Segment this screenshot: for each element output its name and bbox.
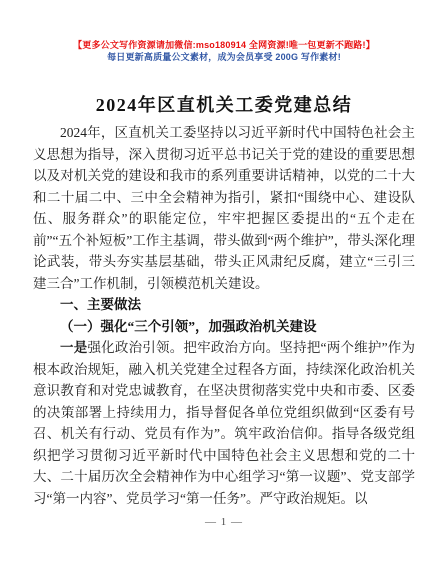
paragraph-text: 强化政治引领。把牢政治方向。坚持把“两个维护”作为根本政治规矩，融入机关党建全过… (33, 340, 415, 506)
paragraph-measure-one: 一是强化政治引领。把牢政治方向。坚持把“两个维护”作为根本政治规矩，融入机关党建… (33, 337, 415, 509)
page-number: — 1 — (0, 516, 448, 528)
document-title: 2024年区直机关工委党建总结 (0, 91, 448, 117)
paragraph-lead: 一是 (60, 340, 87, 355)
promo-line-2: 每日更新高质量公文素材，成为会员享受 200G 写作素材! (0, 52, 448, 64)
paragraph-intro: 2024年，区直机关工委坚持以习近平新时代中国特色社会主义思想为指导，深入贯彻习… (33, 122, 415, 294)
promo-header: 【更多公文写作资源请加微信:mso180914 全网资源!唯一包更新不跑路!】 … (0, 40, 448, 63)
document-body: 2024年，区直机关工委坚持以习近平新时代中国特色社会主义思想为指导，深入贯彻习… (33, 122, 415, 509)
document-page: 【更多公文写作资源请加微信:mso180914 全网资源!唯一包更新不跑路!】 … (0, 0, 448, 580)
promo-line-1: 【更多公文写作资源请加微信:mso180914 全网资源!唯一包更新不跑路!】 (0, 40, 448, 52)
sub-section-heading: （一）强化“三个引领”，加强政治机关建设 (33, 316, 415, 338)
section-heading: 一、主要做法 (33, 294, 415, 316)
